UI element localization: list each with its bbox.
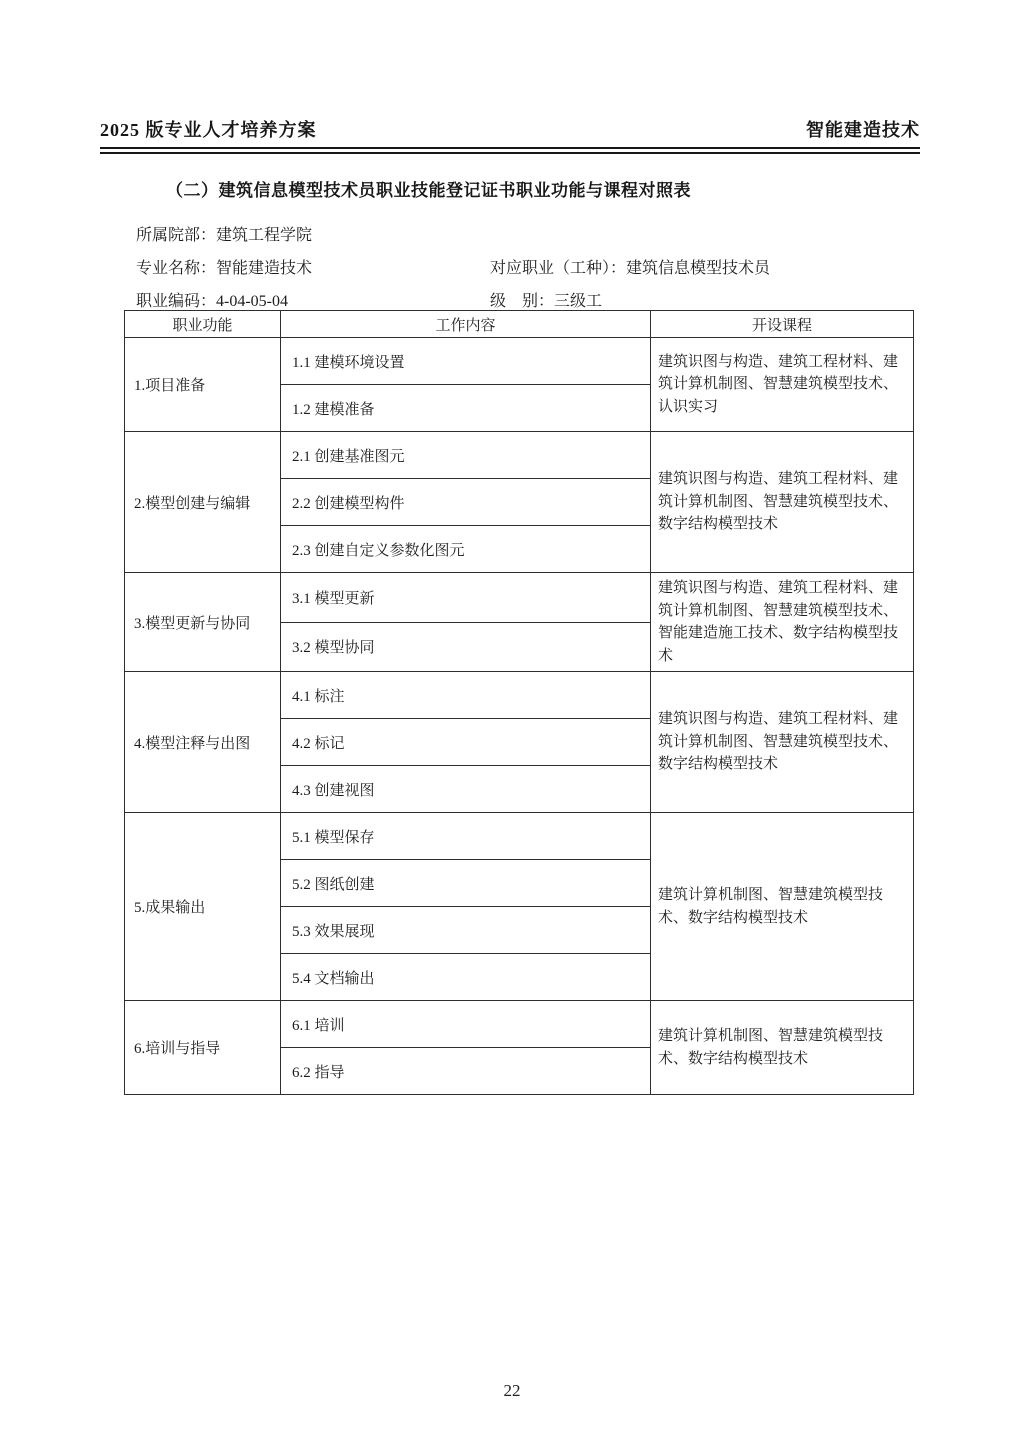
table-row: 3.模型更新与协同3.1 模型更新建筑识图与构造、建筑工程材料、建筑计算机制图、…	[125, 573, 914, 623]
column-header-task: 工作内容	[281, 311, 651, 338]
task-cell: 2.2 创建模型构件	[281, 479, 651, 526]
major-label: 专业名称：	[136, 260, 216, 277]
courses-cell: 建筑计算机制图、智慧建筑模型技术、数字结构模型技术	[651, 813, 914, 1001]
worktable-body: 1.项目准备1.1 建模环境设置建筑识图与构造、建筑工程材料、建筑计算机制图、智…	[125, 338, 914, 1095]
table-row: 1.项目准备1.1 建模环境设置建筑识图与构造、建筑工程材料、建筑计算机制图、智…	[125, 338, 914, 385]
occupation-value: 建筑信息模型技术员	[626, 260, 770, 277]
section-title: （二）建筑信息模型技术员职业技能登记证书职业功能与课程对照表	[166, 176, 691, 201]
task-cell: 1.2 建模准备	[281, 385, 651, 432]
code-label: 职业编码：	[136, 293, 216, 310]
courses-cell: 建筑识图与构造、建筑工程材料、建筑计算机制图、智慧建筑模型技术、数字结构模型技术	[651, 432, 914, 573]
meta-row-major-occupation: 专业名称：智能建造技术 对应职业（工种）：建筑信息模型技术员	[136, 250, 916, 283]
task-cell: 6.1 培训	[281, 1001, 651, 1048]
level-label: 级 别：	[490, 293, 554, 310]
document-page: 2025 版专业人才培养方案 智能建造技术 （二）建筑信息模型技术员职业技能登记…	[0, 0, 1024, 1448]
major-value: 智能建造技术	[216, 260, 312, 277]
code-field: 职业编码：4-04-05-04	[136, 288, 490, 311]
function-cell: 1.项目准备	[125, 338, 281, 432]
function-cell: 3.模型更新与协同	[125, 573, 281, 672]
task-cell: 2.3 创建自定义参数化图元	[281, 526, 651, 573]
level-value: 三级工	[554, 293, 602, 310]
function-cell: 4.模型注释与出图	[125, 672, 281, 813]
task-cell: 4.3 创建视图	[281, 766, 651, 813]
department-value: 建筑工程学院	[216, 227, 312, 244]
task-cell: 1.1 建模环境设置	[281, 338, 651, 385]
task-cell: 5.4 文档输出	[281, 954, 651, 1001]
task-cell: 2.1 创建基准图元	[281, 432, 651, 479]
function-course-table: 职业功能 工作内容 开设课程 1.项目准备1.1 建模环境设置建筑识图与构造、建…	[124, 310, 914, 1095]
table-row: 2.模型创建与编辑2.1 创建基准图元建筑识图与构造、建筑工程材料、建筑计算机制…	[125, 432, 914, 479]
function-cell: 2.模型创建与编辑	[125, 432, 281, 573]
courses-cell: 建筑计算机制图、智慧建筑模型技术、数字结构模型技术	[651, 1001, 914, 1095]
task-cell: 4.2 标记	[281, 719, 651, 766]
meta-block: 所属院部：建筑工程学院 专业名称：智能建造技术 对应职业（工种）：建筑信息模型技…	[136, 217, 916, 316]
occupation-field: 对应职业（工种）：建筑信息模型技术员	[490, 255, 916, 278]
table-row: 6.培训与指导6.1 培训建筑计算机制图、智慧建筑模型技术、数字结构模型技术	[125, 1001, 914, 1048]
table-header-row: 职业功能 工作内容 开设课程	[125, 311, 914, 338]
courses-cell: 建筑识图与构造、建筑工程材料、建筑计算机制图、智慧建筑模型技术、数字结构模型技术	[651, 672, 914, 813]
function-cell: 5.成果输出	[125, 813, 281, 1001]
courses-cell: 建筑识图与构造、建筑工程材料、建筑计算机制图、智慧建筑模型技术、智能建造施工技术…	[651, 573, 914, 672]
column-header-function: 职业功能	[125, 311, 281, 338]
level-field: 级 别：三级工	[490, 288, 916, 311]
task-cell: 3.2 模型协同	[281, 622, 651, 672]
code-value: 4-04-05-04	[216, 293, 288, 310]
function-cell: 6.培训与指导	[125, 1001, 281, 1095]
table-row: 4.模型注释与出图4.1 标注建筑识图与构造、建筑工程材料、建筑计算机制图、智慧…	[125, 672, 914, 719]
header-double-rule	[100, 147, 920, 154]
task-cell: 6.2 指导	[281, 1048, 651, 1095]
header-left-title: 2025 版专业人才培养方案	[100, 116, 317, 142]
meta-row-department: 所属院部：建筑工程学院	[136, 217, 916, 250]
task-cell: 5.2 图纸创建	[281, 860, 651, 907]
column-header-courses: 开设课程	[651, 311, 914, 338]
table-row: 5.成果输出5.1 模型保存建筑计算机制图、智慧建筑模型技术、数字结构模型技术	[125, 813, 914, 860]
header-right-title: 智能建造技术	[806, 116, 920, 142]
courses-cell: 建筑识图与构造、建筑工程材料、建筑计算机制图、智慧建筑模型技术、认识实习	[651, 338, 914, 432]
occupation-label: 对应职业（工种）：	[490, 260, 626, 277]
page-header: 2025 版专业人才培养方案 智能建造技术	[100, 116, 920, 154]
task-cell: 4.1 标注	[281, 672, 651, 719]
task-cell: 5.3 效果展现	[281, 907, 651, 954]
task-cell: 5.1 模型保存	[281, 813, 651, 860]
page-footer: 22	[0, 1381, 1024, 1401]
department-field: 所属院部：建筑工程学院	[136, 222, 490, 245]
major-field: 专业名称：智能建造技术	[136, 255, 490, 278]
page-number: 22	[504, 1381, 521, 1400]
department-label: 所属院部：	[136, 227, 216, 244]
header-title-row: 2025 版专业人才培养方案 智能建造技术	[100, 116, 920, 142]
task-cell: 3.1 模型更新	[281, 573, 651, 623]
